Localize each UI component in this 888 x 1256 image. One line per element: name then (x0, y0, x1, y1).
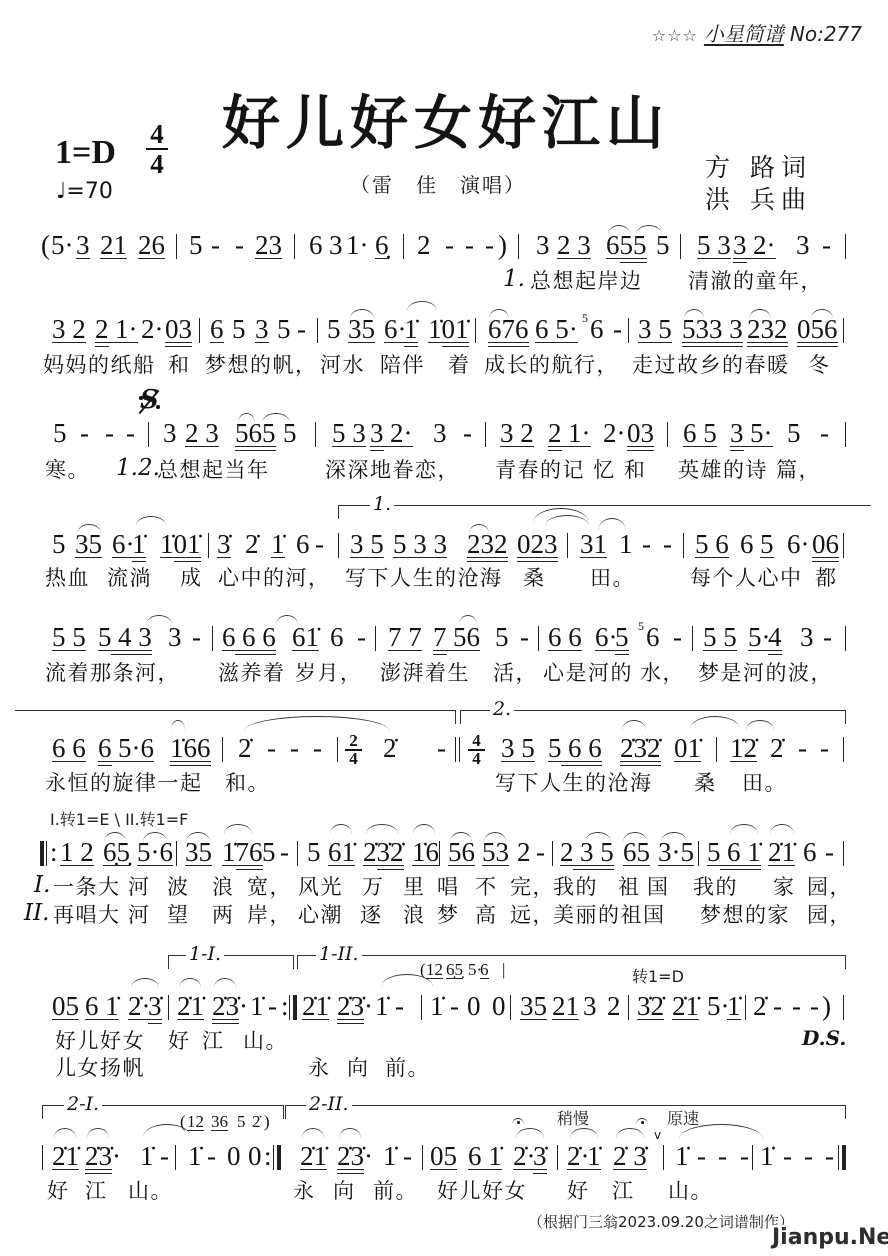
lyric: 不 (475, 875, 498, 899)
dash: - (485, 231, 494, 259)
barline (845, 234, 846, 259)
score-line-4: 5 35 6· 1̇ 1̇ 01̇ 3̇ 2̇ 1̇ 6 - 3 5 5 3 3… (0, 530, 888, 560)
note: 6 6 (52, 734, 86, 762)
barline (716, 737, 717, 762)
note: 5 3 3 (393, 530, 447, 558)
note: 2· (141, 315, 164, 343)
lyric: 永恒的旋律一起 (45, 771, 203, 795)
barline (557, 1145, 558, 1170)
barline (421, 995, 422, 1020)
lyric: 山。 (668, 1179, 713, 1203)
double-barline (455, 737, 456, 762)
note: 3 5 (350, 530, 384, 558)
lyric: 梦是河的波， (698, 661, 833, 685)
score-number: No:277 (790, 22, 862, 46)
note: 1̇ (222, 838, 236, 866)
note: 2· (753, 231, 776, 259)
note: 01̇ (174, 530, 201, 558)
interlude-note: 2̇ (252, 1113, 261, 1131)
lyric: 美丽的祖 (553, 903, 643, 927)
note: 61̇ (328, 838, 355, 866)
barline (663, 1145, 664, 1170)
barline (628, 318, 629, 343)
note: 6 5· (535, 315, 578, 343)
note: 1 2 (60, 838, 94, 866)
note: 35 (348, 315, 375, 343)
note: 7 (433, 623, 447, 651)
repeat-end-thick-bar (293, 995, 297, 1020)
slur (143, 832, 167, 842)
barline (538, 626, 539, 651)
note: 1· (346, 231, 369, 259)
lyric: 再唱大 (53, 903, 121, 927)
meter-change-4-4: 44 (468, 734, 485, 766)
repeat-start-thick-bar (40, 841, 44, 866)
note: 5 (615, 623, 629, 651)
note: 5 (656, 231, 670, 259)
barline (843, 995, 844, 1020)
note: 3̇ (148, 992, 162, 1020)
lyric: 活， (493, 661, 538, 685)
note: 6 (296, 530, 310, 558)
note: 565 (235, 419, 276, 447)
note: 2̇3̇ (337, 1142, 364, 1170)
note: 6 (98, 734, 112, 762)
note: 2̇3̇ (212, 992, 239, 1020)
note: 3 (163, 419, 177, 447)
dash: - (810, 992, 819, 1020)
note: 0 (227, 1142, 241, 1170)
note: 3 (800, 623, 814, 651)
slur (469, 524, 489, 534)
note: 2̇1̇ (672, 992, 699, 1020)
repeat-start-thin-bar (46, 841, 47, 866)
note: 3 (255, 315, 269, 343)
slur (224, 824, 252, 834)
barline (692, 626, 693, 651)
slur (179, 978, 201, 988)
note: 1 (619, 530, 633, 558)
barline (745, 995, 746, 1020)
lyric: 我的 (693, 875, 738, 899)
score-line-8: 05 6 1̇ 2̇· 3̇ 2̇1̇ 2̇3̇ · 1̇ - : 2̇1̇ 2… (0, 992, 888, 1022)
slur (608, 225, 630, 235)
dash: - (235, 231, 244, 259)
lyric: 向 (333, 1179, 356, 1203)
interlude-note: 6 (480, 961, 489, 979)
dash: - (463, 419, 472, 447)
lyric: 寒。 (45, 458, 90, 482)
dash: - (403, 1142, 412, 1170)
dash: - (536, 838, 545, 866)
segno-glyph: S (140, 386, 159, 414)
lyric: 好儿好女 (437, 1179, 527, 1203)
note: 5 5 (52, 623, 86, 651)
dash: - (520, 623, 529, 651)
barline (485, 422, 486, 447)
lyric: 好 (168, 1029, 191, 1053)
note: 6̣5̣ (103, 838, 130, 866)
lyric: 好儿好女 (55, 1029, 145, 1053)
score-source-header: ☆☆☆小星简谱No:277 (652, 18, 862, 47)
note: 5 3 (332, 419, 366, 447)
lyric: 青春的记 忆 和 (495, 458, 646, 482)
dash: - (105, 419, 114, 447)
barline (315, 422, 316, 447)
barline (552, 841, 553, 866)
note: 5 5 (703, 623, 737, 651)
slur (516, 1128, 544, 1138)
fermata-icon (636, 1118, 648, 1125)
lyric: 浪 (403, 903, 426, 927)
note: 1̇ (250, 992, 264, 1020)
dal-segno-mark: D.S. (802, 1026, 846, 1050)
dash: - (315, 530, 324, 558)
lyric: 写下人生的沧海 (495, 771, 653, 795)
tempo-a-tempo-mark: 原速 (667, 1110, 699, 1128)
slur (570, 1128, 598, 1138)
note: 0 (467, 992, 481, 1020)
lyric: 成 (180, 566, 203, 590)
note: 3 (76, 231, 90, 259)
barline (422, 1145, 423, 1170)
lyric: 江 (612, 1179, 635, 1203)
note: 3 5 (580, 838, 614, 866)
note: 5 (760, 530, 774, 558)
lyric: 园， (807, 903, 852, 927)
note: 3 (796, 231, 810, 259)
slur (749, 309, 771, 319)
note: 01̇ (674, 734, 701, 762)
barline (175, 1145, 176, 1170)
note: 2̇ (363, 838, 377, 866)
note: 2̇ (770, 734, 784, 762)
lyric: 陪伴 (380, 353, 425, 377)
lyric: 高 (475, 903, 498, 927)
note: 5 (98, 623, 112, 651)
note: 1̇2̇ (730, 734, 757, 762)
barline (375, 626, 376, 651)
first-ending-label: 1. (370, 493, 394, 515)
dash: - (798, 734, 807, 762)
verse-number: 1. (503, 267, 525, 291)
interlude-note: ( (420, 961, 426, 979)
note: 3 5 (501, 734, 535, 762)
score-line-7: : 1 2 6̣5̣ 5·6 35 1̇ 76 5 - 5 61̇ 2̇ 3̇2… (0, 838, 888, 868)
dot: · (364, 1142, 373, 1170)
note: 26 (138, 231, 165, 259)
lyric: 桑 (523, 566, 546, 590)
lyric: 江 (202, 1029, 225, 1053)
lyric: 岸， (247, 903, 292, 927)
note: 232 (747, 315, 788, 343)
dash: - (820, 419, 829, 447)
note: 6 (309, 231, 323, 259)
final-barline-thin (838, 1145, 839, 1170)
lyric: 完， (510, 875, 555, 899)
note: 5· (51, 231, 74, 259)
lyric: 山。 (128, 1179, 173, 1203)
note: 2̇1̇ (52, 1142, 79, 1170)
barline (518, 234, 519, 259)
barline (843, 737, 844, 762)
note: 1̇ (587, 1142, 601, 1170)
barline (294, 234, 295, 259)
slur (770, 824, 794, 834)
note: 3̇2̇ (637, 992, 664, 1020)
note: 6 (210, 315, 224, 343)
lyric: 总想起当年 (157, 458, 270, 482)
time-signature: 44 (146, 121, 168, 177)
dash: - (613, 315, 622, 343)
barline (845, 422, 846, 447)
note: 0 (248, 1142, 262, 1170)
slur (214, 978, 236, 988)
verse-number: II. (24, 901, 49, 925)
dash: - (820, 734, 829, 762)
slur (131, 978, 159, 988)
barline (199, 318, 200, 343)
note: 76 (236, 838, 263, 866)
note: 3 (329, 231, 343, 259)
note: 2̇1̇ (302, 992, 329, 1020)
barline (667, 422, 668, 447)
dash: - (673, 623, 682, 651)
lyric: 写下人生的沧海 (345, 566, 503, 590)
verse-number: 1.2. (116, 456, 160, 480)
note: 6 6 (548, 623, 582, 651)
repeat-end-thin-bar (289, 995, 290, 1020)
second-ending-bracket (460, 710, 846, 724)
slur (811, 309, 833, 319)
slur (489, 309, 509, 319)
dash: - (357, 623, 366, 651)
dash: - (437, 734, 446, 762)
note: 6 6 (242, 623, 276, 651)
note: 3 (733, 231, 747, 259)
dash: - (450, 992, 459, 1020)
lyric: 祖 (618, 875, 641, 899)
note: 31 (580, 530, 607, 558)
slur (77, 524, 101, 534)
lyric: 流淌 (107, 566, 152, 590)
ending-1-II-bracket (297, 955, 846, 969)
barline (42, 1145, 43, 1170)
dash: - (663, 530, 672, 558)
barline (168, 995, 169, 1020)
score-line-6: 6 6 6 5·6 1̇66 2̇ - - - 24 2̇ - 44 3 5 5… (0, 734, 888, 764)
lyric: 田。 (590, 566, 635, 590)
lyric: 都 (815, 566, 838, 590)
note: 3̇2̇ (377, 838, 404, 866)
barline (439, 841, 440, 866)
slur (87, 1128, 109, 1138)
lyric: 清澈的童年， (688, 269, 823, 293)
note: 1̇ (383, 1142, 397, 1170)
lyric: 我的 (553, 875, 598, 899)
note: 4 (768, 623, 782, 651)
slur (302, 1128, 324, 1138)
note: 05 (430, 1142, 457, 1170)
meter-bottom: 4 (468, 752, 485, 766)
note: 1̇ (188, 1142, 202, 1170)
note: 5 (548, 734, 562, 762)
lyric: 英雄的诗 篇， (678, 458, 821, 482)
note: 1̇ (140, 1142, 154, 1170)
barline (148, 422, 149, 447)
barline (337, 737, 338, 762)
note: 3 5 (638, 315, 672, 343)
note: 55 (620, 231, 647, 259)
note: 2 3 (185, 419, 219, 447)
slur (407, 301, 437, 311)
dash: - (313, 734, 322, 762)
composer-credit: 洪 兵曲 (705, 185, 812, 215)
note: 6 5 (683, 419, 717, 447)
modulation-note: 转1=D (632, 968, 684, 986)
interlude-note: 12 (187, 1113, 204, 1131)
note: 56 (453, 623, 480, 651)
lyric: 桑 (694, 771, 717, 795)
slur (54, 1128, 76, 1138)
paren: ( (41, 231, 50, 259)
note: 03 (165, 315, 192, 343)
note: 5 (52, 530, 66, 558)
dash: - (773, 992, 782, 1020)
note: 5 (307, 838, 321, 866)
lyric: 唱 (437, 875, 460, 899)
note: 6̣ (375, 231, 389, 259)
dash: - (297, 315, 306, 343)
note: 6 (740, 530, 754, 558)
meter-top: 2 (345, 734, 362, 748)
grace-note: 5 (638, 620, 644, 632)
note: 1̇ (760, 1142, 774, 1170)
note: 3 (583, 992, 597, 1020)
note: 1̇66 (170, 734, 211, 762)
lyric: 热血 (45, 566, 90, 590)
verse-number: I. (34, 873, 50, 897)
lyric: 家 (773, 875, 796, 899)
lyric: 前。 (373, 1179, 418, 1203)
note: 5· (750, 419, 773, 447)
lyric: 前。 (385, 1056, 430, 1080)
barline (683, 533, 684, 558)
note: 5 (327, 315, 341, 343)
meter-bottom: 4 (345, 752, 362, 766)
lyric: 一条大 (53, 875, 121, 899)
ending-2-I-label: 2-I. (64, 1093, 102, 1115)
note: 5 3 (697, 231, 731, 259)
note: 5 (787, 419, 801, 447)
dash: - (740, 1142, 749, 1170)
dash: - (445, 231, 454, 259)
modulation-note: I.转1=E \ II.转1=F (50, 811, 188, 829)
dot: · (112, 1142, 121, 1170)
note: 2 (560, 838, 574, 866)
lyric: 永 (308, 1056, 331, 1080)
barline (297, 841, 298, 866)
lyric: 滋养着 (218, 661, 286, 685)
dash: - (465, 231, 474, 259)
note: 2 (548, 419, 562, 447)
ending-2-II-label: 2-II. (306, 1093, 352, 1115)
lyric: 梦想的帆， (205, 353, 318, 377)
dash: - (211, 231, 220, 259)
note: 2̇3̇ (337, 992, 364, 1020)
note: 5 (283, 419, 297, 447)
slur (585, 832, 611, 842)
slur (459, 615, 477, 625)
note: 53 (482, 838, 509, 866)
lyric: 成长的航行， (484, 353, 619, 377)
tempo-marking: ♩=70 (56, 179, 113, 205)
slur (186, 832, 210, 842)
note: 6 (590, 315, 604, 343)
lyric: 河 (128, 875, 151, 899)
note: 5 (707, 838, 721, 866)
slur (616, 1128, 644, 1138)
lyric: 澎湃着生 (380, 661, 470, 685)
note: 3 2 (500, 419, 534, 447)
note: 3·5 (658, 838, 694, 866)
slur (330, 824, 352, 834)
interlude-note: 12 (426, 961, 443, 979)
note: 6 (606, 231, 620, 259)
lyric: 冬 (808, 353, 831, 377)
note: 6 (646, 623, 660, 651)
slur (450, 832, 472, 842)
ending-1-II-label: 1-II. (316, 943, 362, 965)
note: 1̇ (132, 530, 146, 558)
arrangement-note: （根据门三翁2023.09.20之词谱制作） (528, 1212, 794, 1232)
note: 2 (607, 992, 621, 1020)
lyric: 水， (640, 661, 685, 685)
lyric: 山。 (243, 1029, 288, 1053)
lyric: 河水 (320, 353, 365, 377)
note: 2̇ (753, 992, 767, 1020)
song-title: 好儿好女好江山 (222, 90, 670, 156)
dash: - (80, 419, 89, 447)
note: 56 (448, 838, 475, 866)
note: 4 3 (118, 623, 152, 651)
interlude-barline: | (502, 961, 505, 979)
dash: - (792, 992, 801, 1020)
interlude-note: 6̣5̣ (446, 961, 463, 979)
note: 1̇ (727, 992, 741, 1020)
note: 6 6 (568, 734, 602, 762)
note: 5 (495, 623, 509, 651)
note: 5 (189, 231, 203, 259)
lyric: 向 (347, 1056, 370, 1080)
note: 7 7 (388, 623, 422, 651)
note: 1̇ (428, 315, 442, 343)
note: 676 (488, 315, 529, 343)
lyric: 逐 (360, 903, 383, 927)
ending-1-I-label: 1-I. (186, 943, 224, 965)
lyric: 园， (807, 875, 852, 899)
double-barline (459, 737, 460, 762)
note: 6· (787, 530, 810, 558)
note: 3 (536, 231, 550, 259)
dash: - (267, 734, 276, 762)
barline (510, 995, 511, 1020)
fermata-icon (512, 1118, 524, 1125)
lyric: 远， (510, 903, 555, 927)
lyric: 着 (448, 353, 471, 377)
lyric: 浪 (212, 875, 235, 899)
note: 6 1̇ (727, 838, 761, 866)
